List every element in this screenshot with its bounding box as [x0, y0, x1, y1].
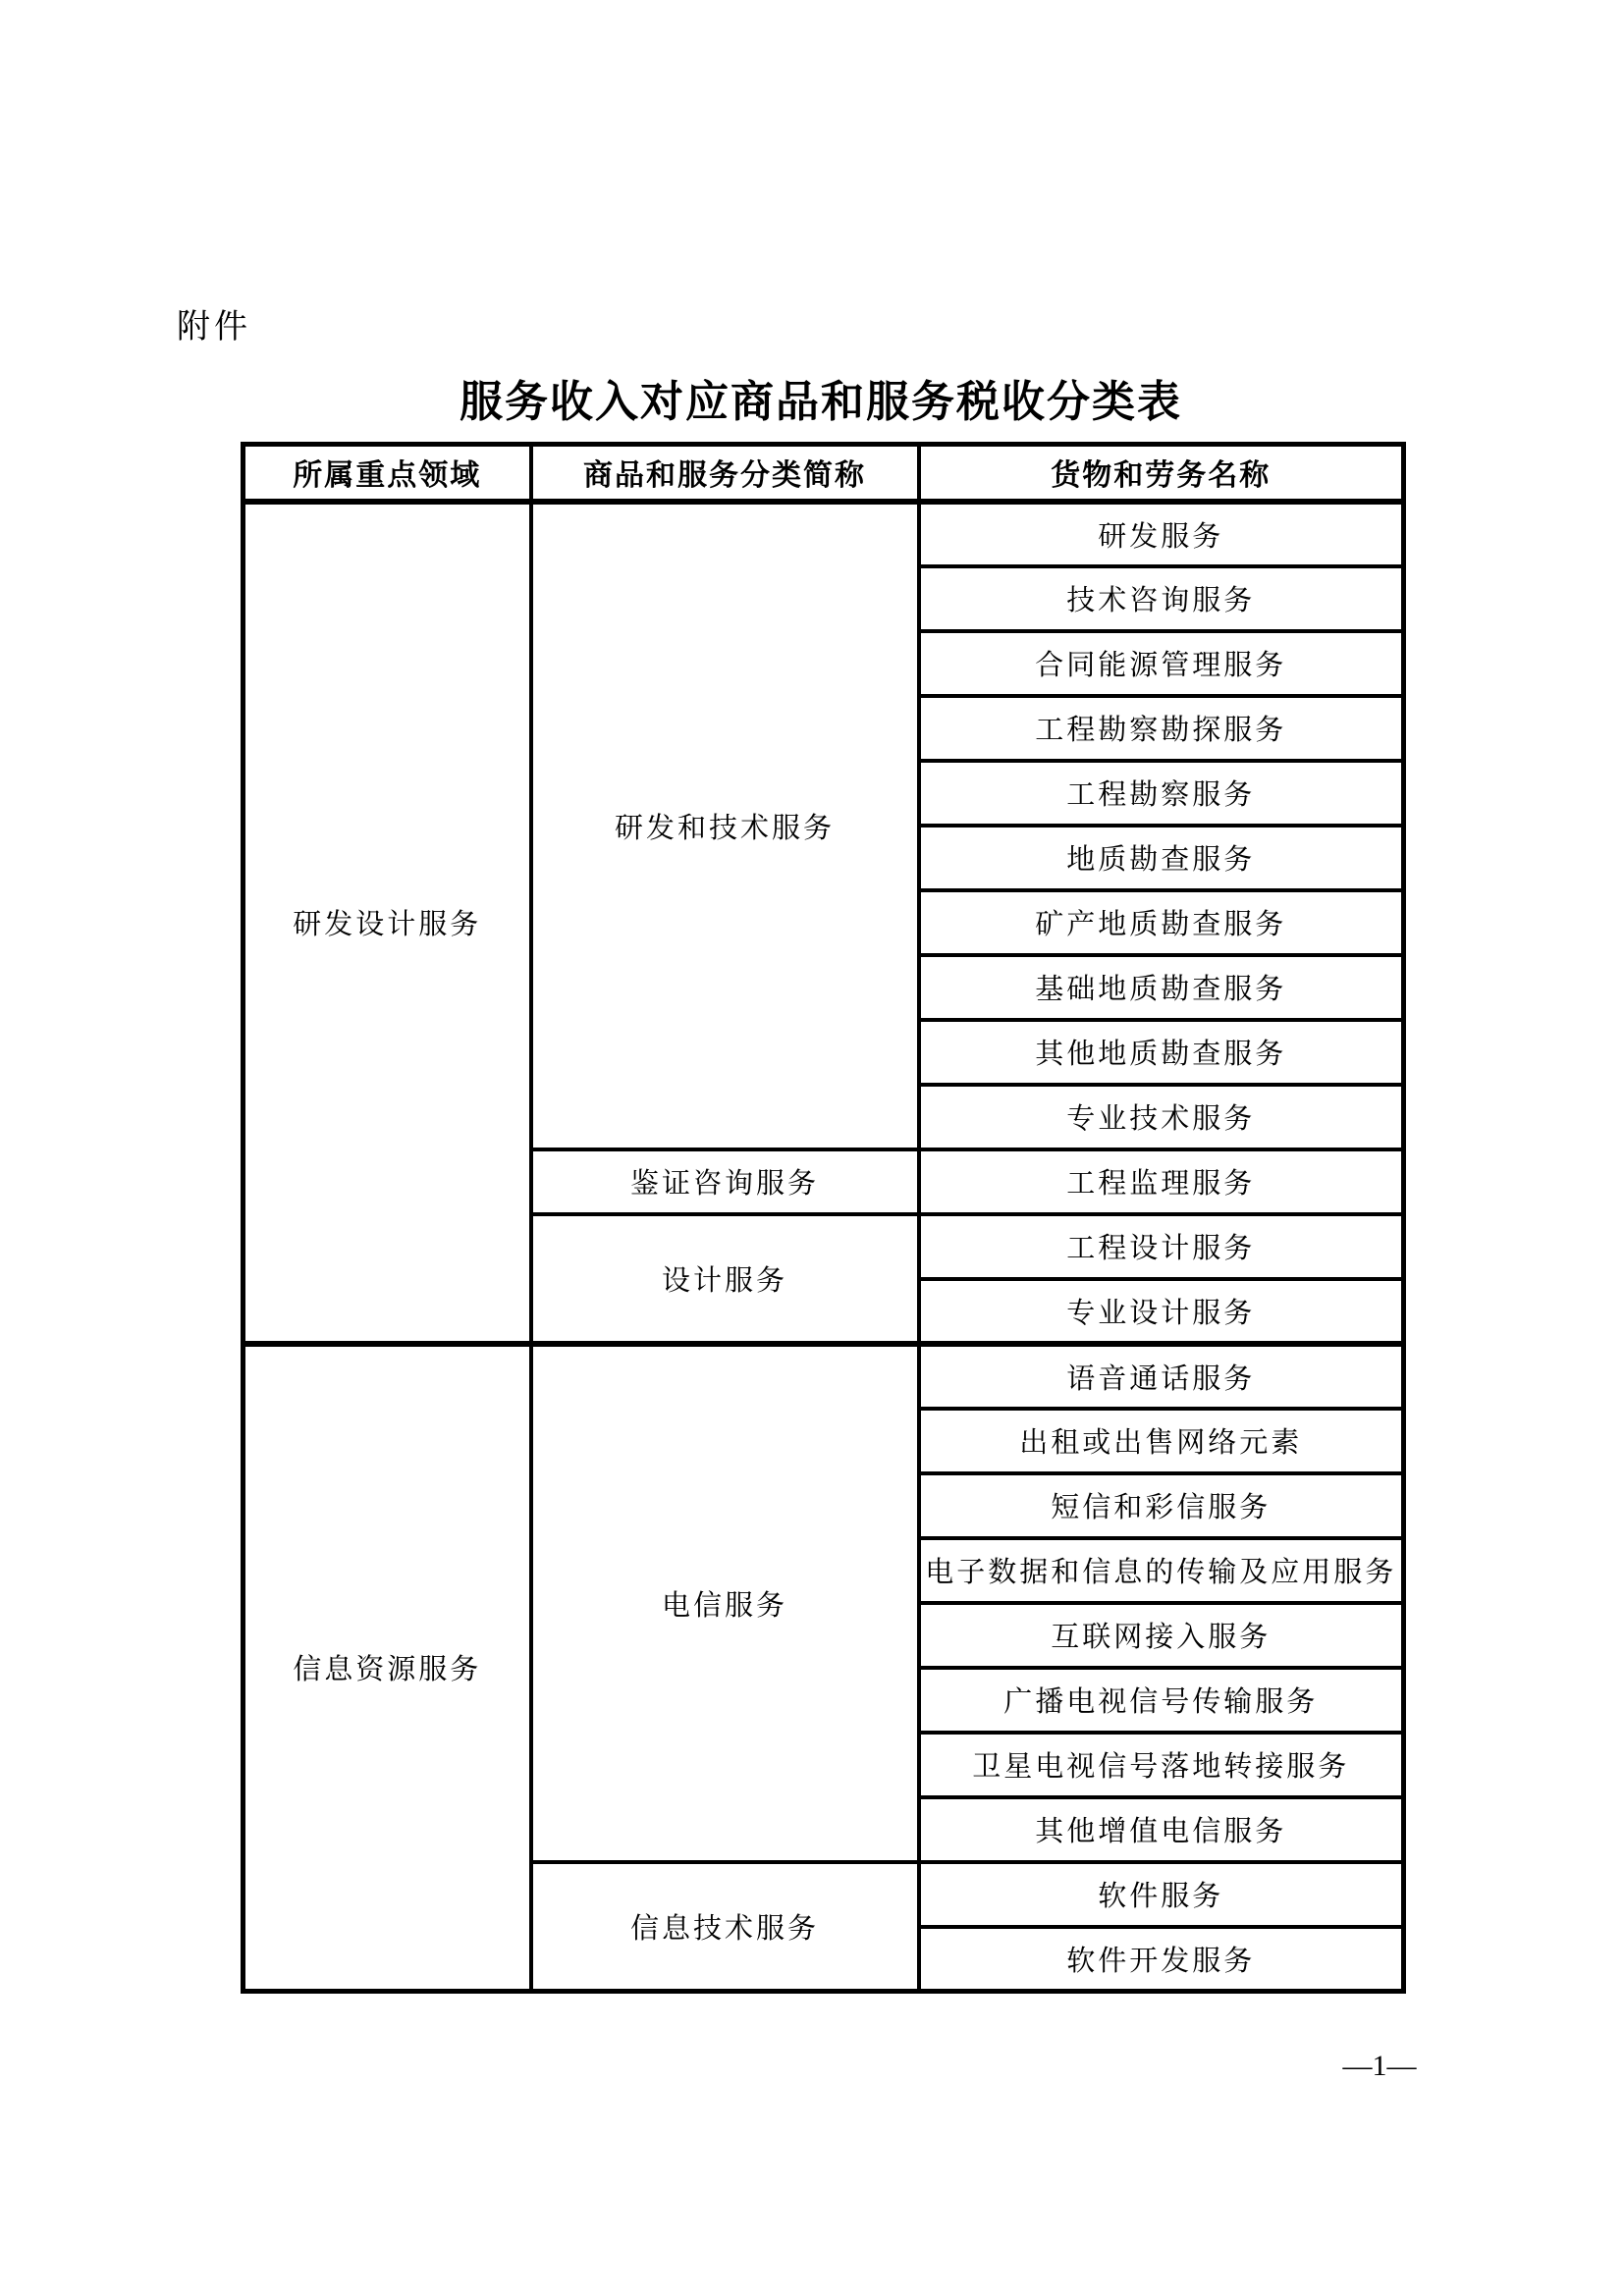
service-cell: 其他增值电信服务 [919, 1797, 1404, 1862]
category-cell: 研发和技术服务 [531, 502, 919, 1149]
service-cell: 广播电视信号传输服务 [919, 1668, 1404, 1733]
service-cell: 互联网接入服务 [919, 1603, 1404, 1668]
service-cell: 软件服务 [919, 1862, 1404, 1927]
header-category-abbr: 商品和服务分类简称 [531, 445, 919, 502]
service-cell: 卫星电视信号落地转接服务 [919, 1733, 1404, 1797]
table-row: 研发设计服务 研发和技术服务 研发服务 [244, 502, 1404, 566]
category-cell: 信息技术服务 [531, 1862, 919, 1992]
tax-classification-table: 所属重点领域 商品和服务分类简称 货物和劳务名称 研发设计服务 研发和技术服务 … [241, 442, 1406, 1994]
document-page: 附件 服务收入对应商品和服务税收分类表 所属重点领域 商品和服务分类简称 货物和… [0, 0, 1624, 2296]
service-cell: 出租或出售网络元素 [919, 1409, 1404, 1473]
service-cell: 工程监理服务 [919, 1149, 1404, 1214]
service-cell: 短信和彩信服务 [919, 1473, 1404, 1538]
service-cell: 基础地质勘查服务 [919, 955, 1404, 1020]
table-row: 信息资源服务 电信服务 语音通话服务 [244, 1344, 1404, 1409]
service-cell: 专业技术服务 [919, 1085, 1404, 1149]
service-cell: 研发服务 [919, 502, 1404, 566]
service-cell: 工程勘察勘探服务 [919, 696, 1404, 761]
service-cell: 软件开发服务 [919, 1927, 1404, 1992]
table-header-row: 所属重点领域 商品和服务分类简称 货物和劳务名称 [244, 445, 1404, 502]
service-cell: 技术咨询服务 [919, 566, 1404, 631]
category-cell: 设计服务 [531, 1214, 919, 1344]
service-cell: 电子数据和信息的传输及应用服务 [919, 1538, 1404, 1603]
page-title: 服务收入对应商品和服务税收分类表 [241, 379, 1401, 426]
header-key-field: 所属重点领域 [244, 445, 531, 502]
service-cell: 地质勘查服务 [919, 826, 1404, 890]
category-cell: 鉴证咨询服务 [531, 1149, 919, 1214]
service-cell: 合同能源管理服务 [919, 631, 1404, 696]
category-cell: 电信服务 [531, 1344, 919, 1862]
field-cell: 研发设计服务 [244, 502, 531, 1344]
page-number: —1— [1326, 2052, 1434, 2081]
service-cell: 工程设计服务 [919, 1214, 1404, 1279]
service-cell: 语音通话服务 [919, 1344, 1404, 1409]
attachment-label: 附件 [177, 310, 251, 344]
service-cell: 专业设计服务 [919, 1279, 1404, 1344]
service-cell: 工程勘察服务 [919, 761, 1404, 826]
service-cell: 其他地质勘查服务 [919, 1020, 1404, 1085]
header-goods-services-name: 货物和劳务名称 [919, 445, 1404, 502]
service-cell: 矿产地质勘查服务 [919, 890, 1404, 955]
field-cell: 信息资源服务 [244, 1344, 531, 1992]
